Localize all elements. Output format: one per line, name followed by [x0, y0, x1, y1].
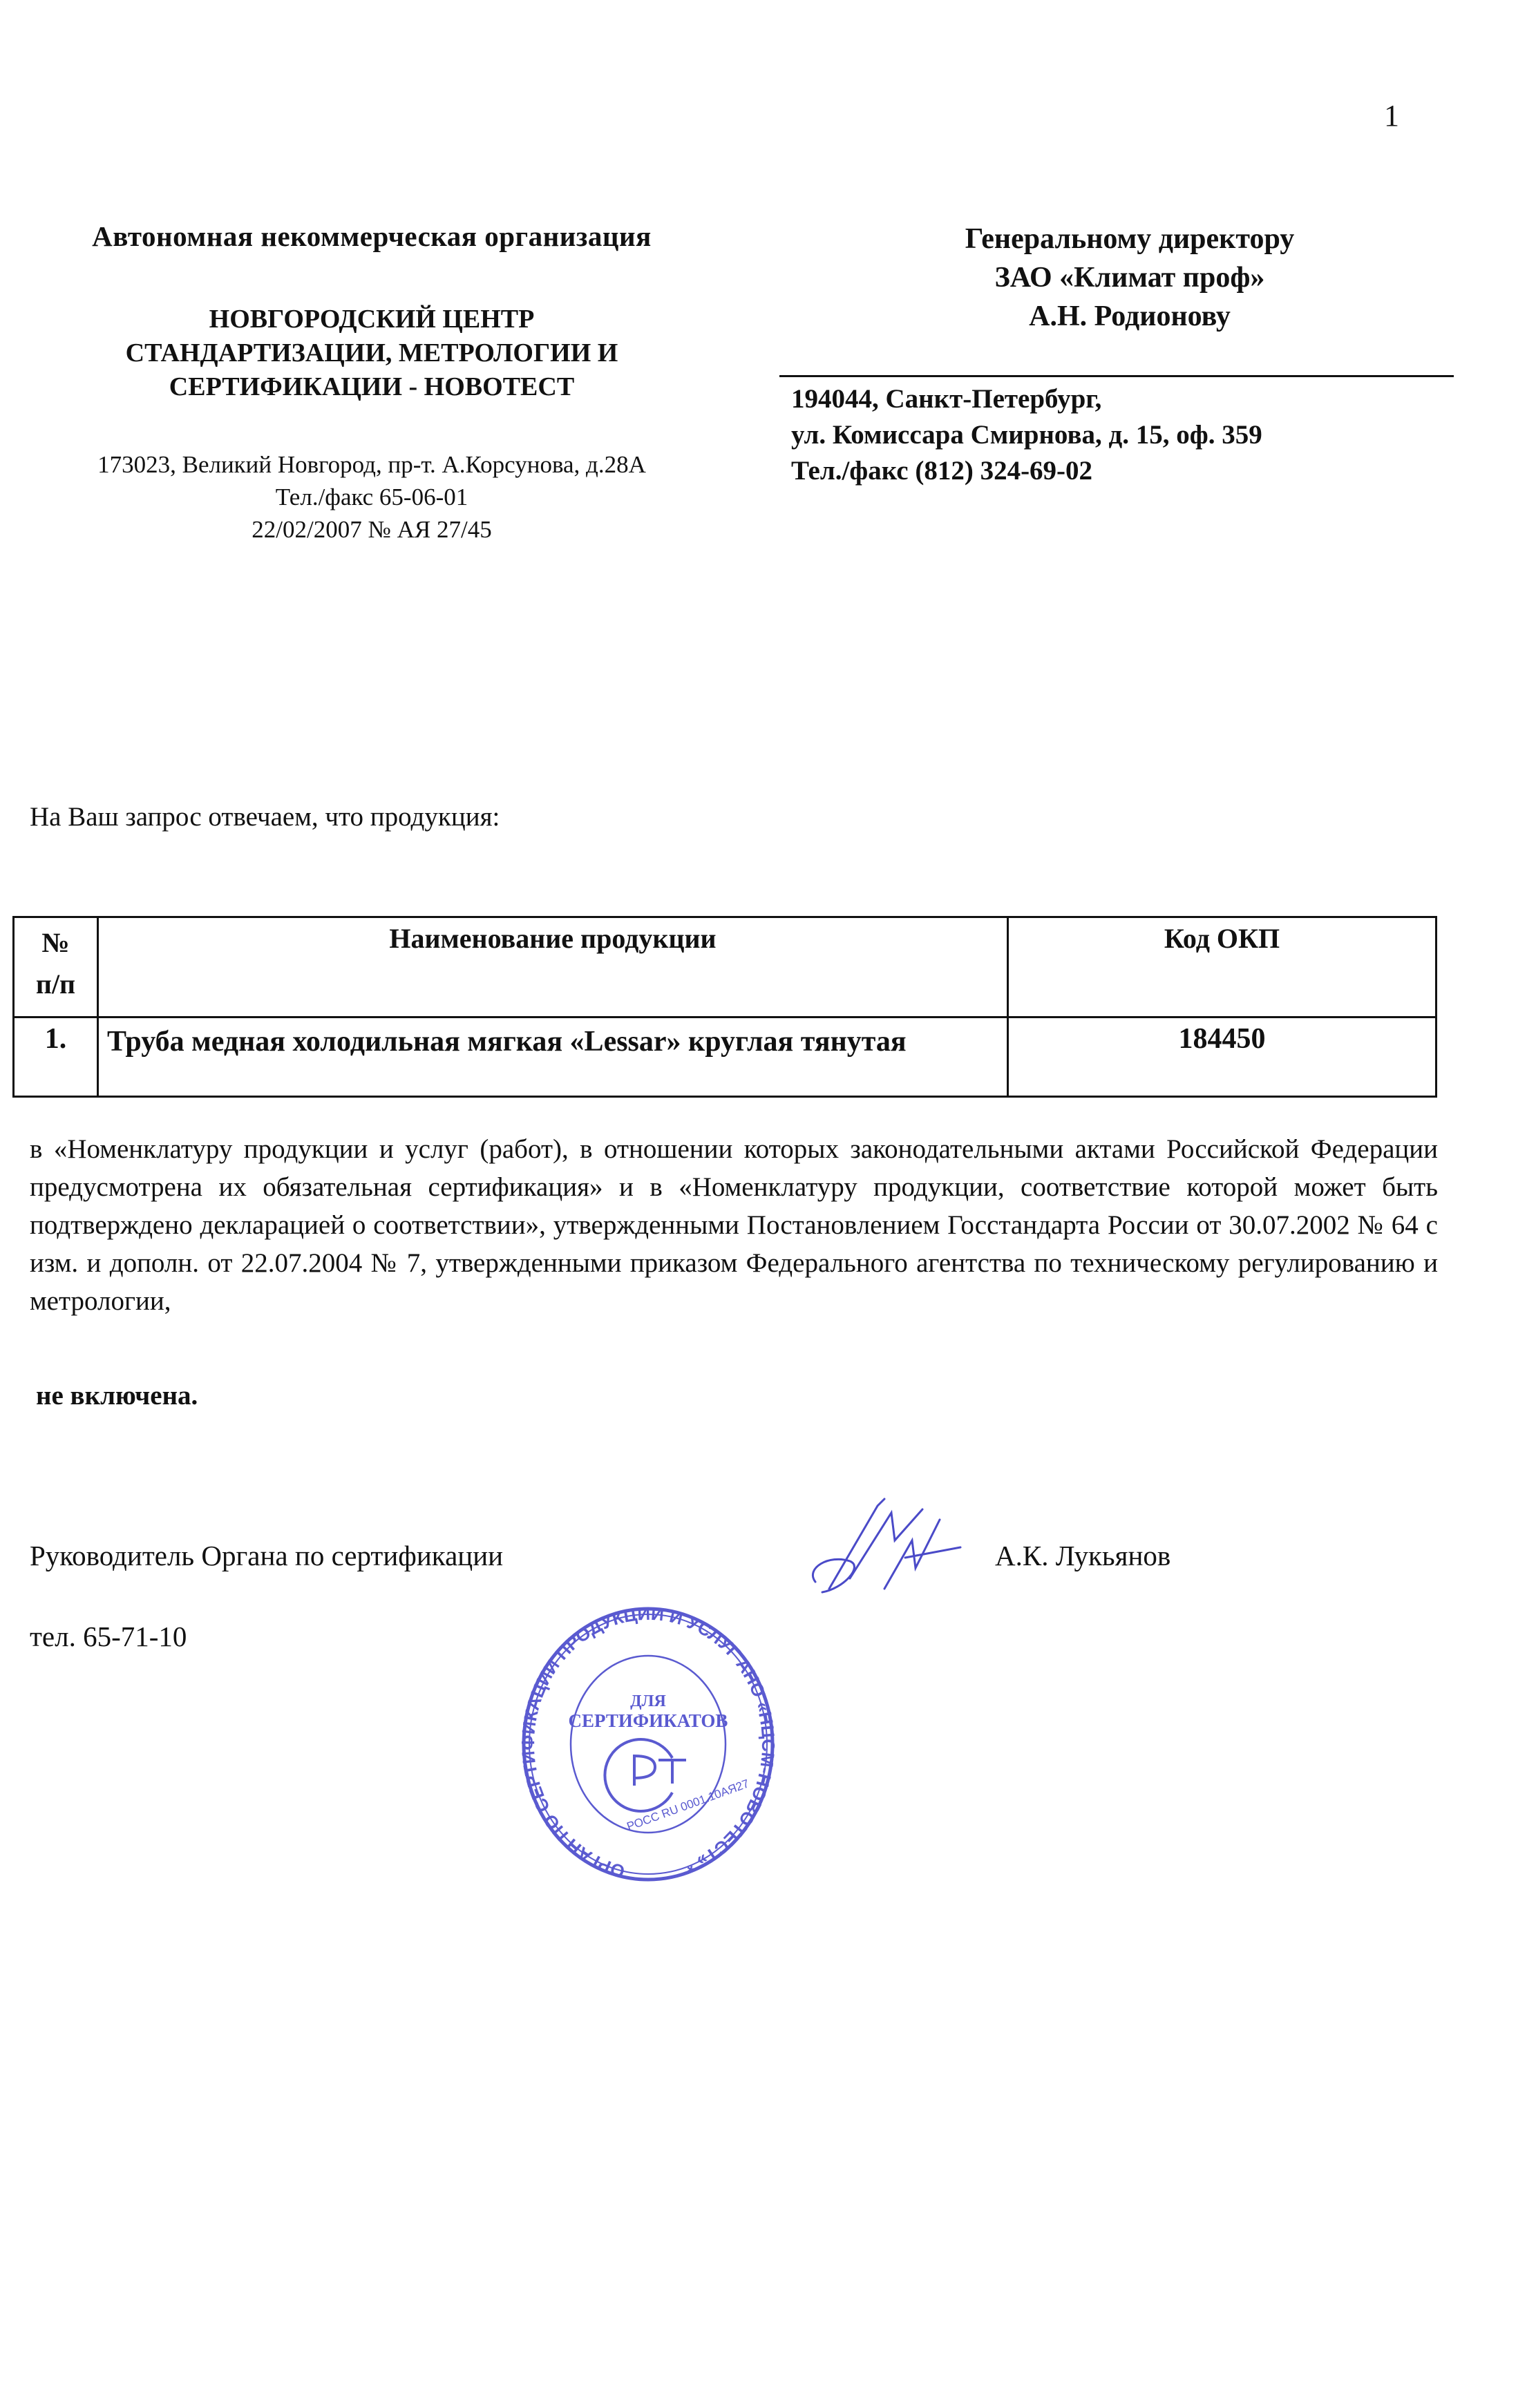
header-number-line: п/п — [23, 964, 88, 1005]
certification-stamp-icon: ОРГАН ПО СЕРТИФИКАЦИИ ПРОДУКЦИИ И УСЛУГ … — [517, 1603, 779, 1896]
signature-icon — [802, 1492, 981, 1606]
row-number: 1. — [14, 1017, 98, 1097]
body-paragraph: в «Номенклатуру продукции и услуг (работ… — [30, 1130, 1438, 1320]
recipient-address-line: Тел./факс (812) 324-69-02 — [791, 453, 1262, 489]
table-row: 1. Труба медная холодильная мягкая «Less… — [14, 1017, 1437, 1097]
svg-text:ОРГАН ПО СЕРТИФИКАЦИИ ПРОДУКЦИ: ОРГАН ПО СЕРТИФИКАЦИИ ПРОДУКЦИИ И УСЛУГ … — [518, 1603, 779, 1882]
header-okp-code: Код ОКП — [1008, 917, 1437, 1017]
recipient-divider — [779, 375, 1454, 377]
header-number: № п/п — [14, 917, 98, 1017]
sender-phone: Тел./факс 65-06-01 — [12, 481, 731, 513]
sender-org-type: Автономная некоммерческая организация — [12, 220, 731, 253]
products-table: № п/п Наименование продукции Код ОКП 1. … — [12, 916, 1437, 1098]
signer-name: А.К. Лукьянов — [995, 1539, 1170, 1572]
stamp-text: СЕРТИФИКАТОВ — [569, 1710, 728, 1731]
signer-phone: тел. 65-71-10 — [30, 1620, 187, 1653]
row-okp-code: 184450 — [1008, 1017, 1437, 1097]
org-name-line: НОВГОРОДСКИЙ ЦЕНТР — [12, 303, 731, 336]
header-product-name: Наименование продукции — [98, 917, 1008, 1017]
row-product-name: Труба медная холодильная мягкая «Lessar»… — [98, 1017, 1008, 1097]
recipient-line: ЗАО «Климат проф» — [784, 258, 1475, 297]
sender-contacts: 173023, Великий Новгород, пр-т. А.Корсун… — [12, 448, 731, 546]
sender-block: Автономная некоммерческая организация НО… — [12, 220, 731, 546]
recipient-block: Генеральному директору ЗАО «Климат проф»… — [784, 220, 1475, 336]
org-name-line: СТАНДАРТИЗАЦИИ, МЕТРОЛОГИИ И — [12, 336, 731, 370]
sender-org-name: НОВГОРОДСКИЙ ЦЕНТР СТАНДАРТИЗАЦИИ, МЕТРО… — [12, 303, 731, 404]
stamp-text: ДЛЯ — [630, 1692, 666, 1710]
recipient-line: Генеральному директору — [784, 220, 1475, 258]
sender-address: 173023, Великий Новгород, пр-т. А.Корсун… — [12, 448, 731, 481]
org-name-line: СЕРТИФИКАЦИИ - НОВОТЕСТ — [12, 370, 731, 404]
signer-role: Руководитель Органа по сертификации — [30, 1539, 503, 1572]
page-number: 1 — [1384, 98, 1399, 133]
letter-reference: 22/02/2007 № АЯ 27/45 — [12, 513, 731, 546]
recipient-line: А.Н. Родионову — [784, 297, 1475, 336]
recipient-address-line: ул. Комиссара Смирнова, д. 15, оф. 359 — [791, 417, 1262, 453]
header-number-line: № — [23, 922, 88, 964]
intro-text: На Ваш запрос отвечаем, что продукция: — [30, 801, 500, 832]
table-header-row: № п/п Наименование продукции Код ОКП — [14, 917, 1437, 1017]
recipient-address-line: 194044, Санкт-Петербург, — [791, 381, 1262, 417]
recipient-address: 194044, Санкт-Петербург, ул. Комиссара С… — [791, 381, 1262, 489]
conclusion-text: не включена. — [36, 1380, 198, 1411]
